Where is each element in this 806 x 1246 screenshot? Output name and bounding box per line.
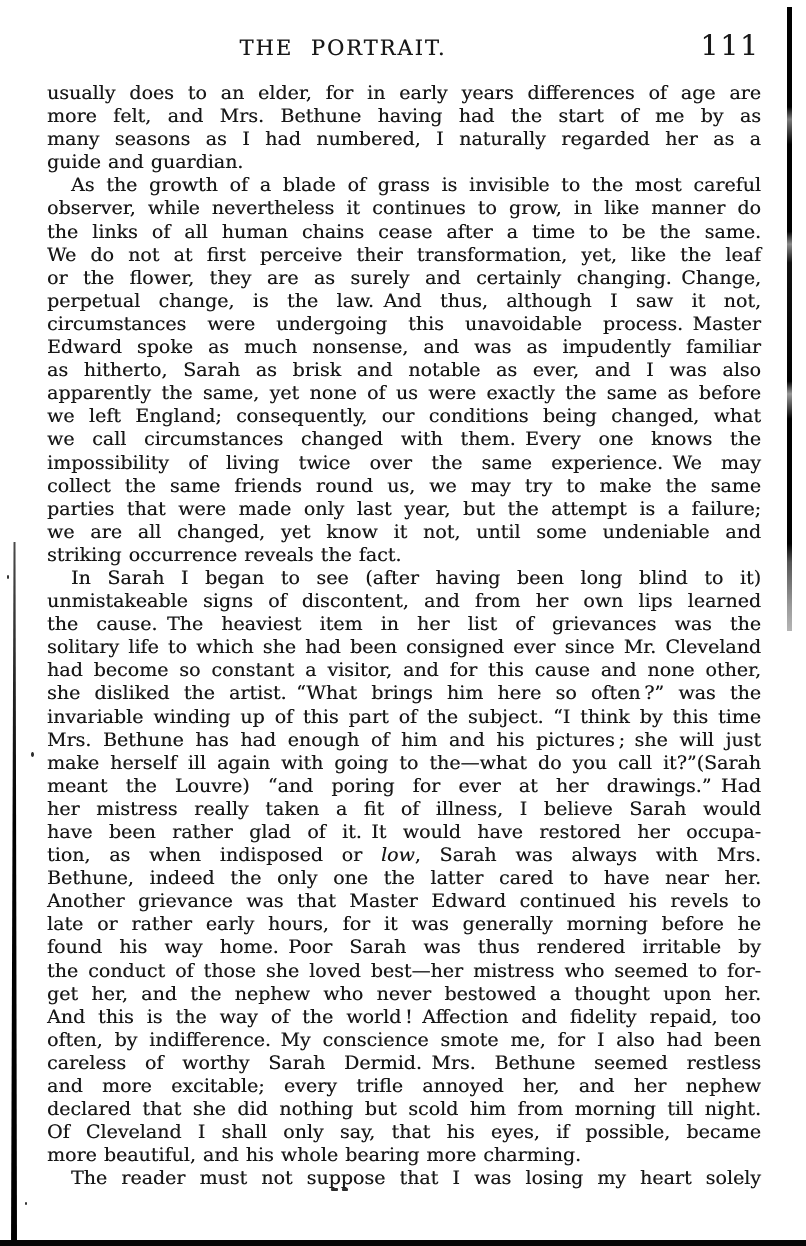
text-line: her mistress really taken a fit of illne…: [47, 798, 761, 821]
text-run: collect the same friends round us, we ma…: [47, 475, 761, 497]
text-line: Another grievance was that Master Edward…: [47, 890, 761, 913]
scan-speck: [25, 1202, 27, 1205]
text-line: have been rather glad of it. It would ha…: [47, 821, 761, 844]
text-line: parties that were made only last year, b…: [47, 498, 761, 521]
text-line: late or rather early hours, for it was g…: [47, 913, 761, 936]
text-run: more felt, and Mrs. Bethune having had t…: [47, 105, 761, 127]
text-run: often, by indifference. My conscience sm…: [47, 1029, 761, 1051]
text-run: solitary life to which she had been cons…: [47, 636, 761, 658]
text-line: we call circumstances changed with them.…: [47, 428, 761, 451]
paragraph: usually does to an elder, for in early y…: [47, 82, 761, 174]
text-line: In Sarah I began to see (after having be…: [47, 567, 761, 590]
page-body: usually does to an elder, for in early y…: [47, 82, 761, 1191]
text-run: and more excitable; every trifle annoyed…: [47, 1075, 761, 1097]
text-run: parties that were made only last year, b…: [47, 498, 761, 520]
text-line: As the growth of a blade of grass is inv…: [47, 174, 761, 197]
paragraph: In Sarah I began to see (after having be…: [47, 567, 761, 1167]
page-number: 111: [701, 29, 760, 62]
text-line: observer, while nevertheless it continue…: [47, 197, 761, 220]
text-run: had become so constant a visitor, and fo…: [47, 659, 761, 681]
text-run: observer, while nevertheless it continue…: [47, 197, 761, 219]
text-run: her mistress really taken a fit of illne…: [47, 798, 761, 820]
text-run: the links of all human chains cease afte…: [47, 221, 761, 243]
text-run: invariable winding up of this part of th…: [47, 706, 761, 728]
text-run: found his way home. Poor Sarah was thus …: [47, 936, 761, 958]
text-line: or the flower, they are as surely and ce…: [47, 267, 761, 290]
text-run: impossibility of living twice over the s…: [47, 452, 761, 474]
text-run: unmistakeable signs of discontent, and f…: [47, 590, 761, 612]
text-run: Edward spoke as much nonsense, and was a…: [47, 336, 761, 358]
text-run: low: [381, 844, 415, 866]
text-line: we are all changed, yet know it not, unt…: [47, 521, 761, 544]
text-line: tion, as when indisposed or low, Sarah w…: [47, 844, 761, 867]
scan-speck: [7, 575, 9, 579]
text-line: often, by indifference. My conscience sm…: [47, 1029, 761, 1052]
text-line: declared that she did nothing but scold …: [47, 1098, 761, 1121]
text-line: unmistakeable signs of discontent, and f…: [47, 590, 761, 613]
text-line: more felt, and Mrs. Bethune having had t…: [47, 105, 761, 128]
text-line: We do not at first perceive their transf…: [47, 244, 761, 267]
text-line: invariable winding up of this part of th…: [47, 706, 761, 729]
text-run: many seasons as I had numbered, I natura…: [47, 128, 761, 150]
text-run: we left England; consequently, our condi…: [47, 405, 761, 427]
text-run: Mrs. Bethune has had enough of him and h…: [47, 729, 761, 751]
text-line: striking occurrence reveals the fact.: [47, 544, 761, 567]
text-run: make herself ill again with going to the…: [47, 752, 761, 774]
text-run: usually does to an elder, for in early y…: [47, 82, 761, 104]
book-page-scan: THE PORTRAIT. 111 usually does to an eld…: [0, 0, 806, 1246]
text-line: the conduct of those she loved best—her …: [47, 960, 761, 983]
text-line: found his way home. Poor Sarah was thus …: [47, 936, 761, 959]
text-run: meant the Louvre) “and poring for ever a…: [47, 775, 761, 797]
text-run: we call circumstances changed with them.…: [47, 428, 761, 450]
scan-speck: [31, 752, 34, 757]
text-line: impossibility of living twice over the s…: [47, 452, 761, 475]
text-line: the cause. The heaviest item in her list…: [47, 613, 761, 636]
text-line: the links of all human chains cease afte…: [47, 221, 761, 244]
text-run: the conduct of those she loved best—her …: [47, 960, 761, 982]
text-line: many seasons as I had numbered, I natura…: [47, 128, 761, 151]
text-run: the cause. The heaviest item in her list…: [47, 613, 761, 635]
text-run: tion, as when indisposed or: [47, 844, 381, 866]
text-line: And this is the way of the world ! Affec…: [47, 1006, 761, 1029]
text-run: circumstances were undergoing this unavo…: [47, 313, 761, 335]
text-run: Bethune, indeed the only one the latter …: [47, 867, 761, 889]
text-line: and more excitable; every trifle annoyed…: [47, 1075, 761, 1098]
scan-edge-bar-right: [787, 7, 792, 631]
text-run: more beautiful, and his whole bearing mo…: [47, 1144, 581, 1166]
text-run: Of Cleveland I shall only say, that his …: [47, 1121, 761, 1143]
text-line: had become so constant a visitor, and fo…: [47, 659, 761, 682]
scan-edge-bar-bottom: [0, 1240, 806, 1246]
text-line: Mrs. Bethune has had enough of him and h…: [47, 729, 761, 752]
text-line: circumstances were undergoing this unavo…: [47, 313, 761, 336]
text-run: perpetual change, is the law. And thus, …: [47, 290, 761, 312]
text-run: apparently the same, yet none of us were…: [47, 382, 761, 404]
text-line: make herself ill again with going to the…: [47, 752, 761, 775]
scan-speck: [331, 1188, 338, 1191]
text-run: The reader must not suppose that I was l…: [71, 1167, 761, 1189]
text-line: perpetual change, is the law. And thus, …: [47, 290, 761, 313]
paragraph: The reader must not suppose that I was l…: [47, 1167, 761, 1190]
text-line: careless of worthy Sarah Dermid. Mrs. Be…: [47, 1052, 761, 1075]
text-line: as hitherto, Sarah as brisk and notable …: [47, 359, 761, 382]
text-line: Bethune, indeed the only one the latter …: [47, 867, 761, 890]
running-head-title: THE PORTRAIT.: [0, 36, 686, 60]
text-line: Of Cleveland I shall only say, that his …: [47, 1121, 761, 1144]
text-run: guide and guardian.: [47, 151, 243, 173]
text-run: as hitherto, Sarah as brisk and notable …: [47, 359, 761, 381]
scan-edge-bar-left: [11, 542, 17, 1246]
scan-speck: [342, 1188, 348, 1191]
text-run: she disliked the artist. “What brings hi…: [47, 682, 761, 704]
text-line: Edward spoke as much nonsense, and was a…: [47, 336, 761, 359]
text-line: guide and guardian.: [47, 151, 761, 174]
text-line: get her, and the nephew who never bestow…: [47, 983, 761, 1006]
text-run: , Sarah was always with Mrs.: [415, 844, 761, 866]
text-run: As the growth of a blade of grass is inv…: [71, 174, 761, 196]
text-line: usually does to an elder, for in early y…: [47, 82, 761, 105]
text-run: And this is the way of the world ! Affec…: [47, 1006, 761, 1028]
text-run: We do not at first perceive their transf…: [47, 244, 761, 266]
text-run: striking occurrence reveals the fact.: [47, 544, 401, 566]
text-run: or the flower, they are as surely and ce…: [47, 267, 761, 289]
text-run: In Sarah I began to see (after having be…: [71, 567, 761, 589]
text-run: late or rather early hours, for it was g…: [47, 913, 761, 935]
text-line: meant the Louvre) “and poring for ever a…: [47, 775, 761, 798]
text-line: she disliked the artist. “What brings hi…: [47, 682, 761, 705]
text-run: get her, and the nephew who never bestow…: [47, 983, 761, 1005]
text-line: more beautiful, and his whole bearing mo…: [47, 1144, 761, 1167]
text-line: The reader must not suppose that I was l…: [47, 1167, 761, 1190]
text-run: have been rather glad of it. It would ha…: [47, 821, 761, 843]
text-run: Another grievance was that Master Edward…: [47, 890, 761, 912]
text-line: we left England; consequently, our condi…: [47, 405, 761, 428]
paragraph: As the growth of a blade of grass is inv…: [47, 174, 761, 567]
text-line: solitary life to which she had been cons…: [47, 636, 761, 659]
text-run: careless of worthy Sarah Dermid. Mrs. Be…: [47, 1052, 761, 1074]
text-run: declared that she did nothing but scold …: [47, 1098, 761, 1120]
text-line: apparently the same, yet none of us were…: [47, 382, 761, 405]
text-line: collect the same friends round us, we ma…: [47, 475, 761, 498]
text-run: we are all changed, yet know it not, unt…: [47, 521, 761, 543]
